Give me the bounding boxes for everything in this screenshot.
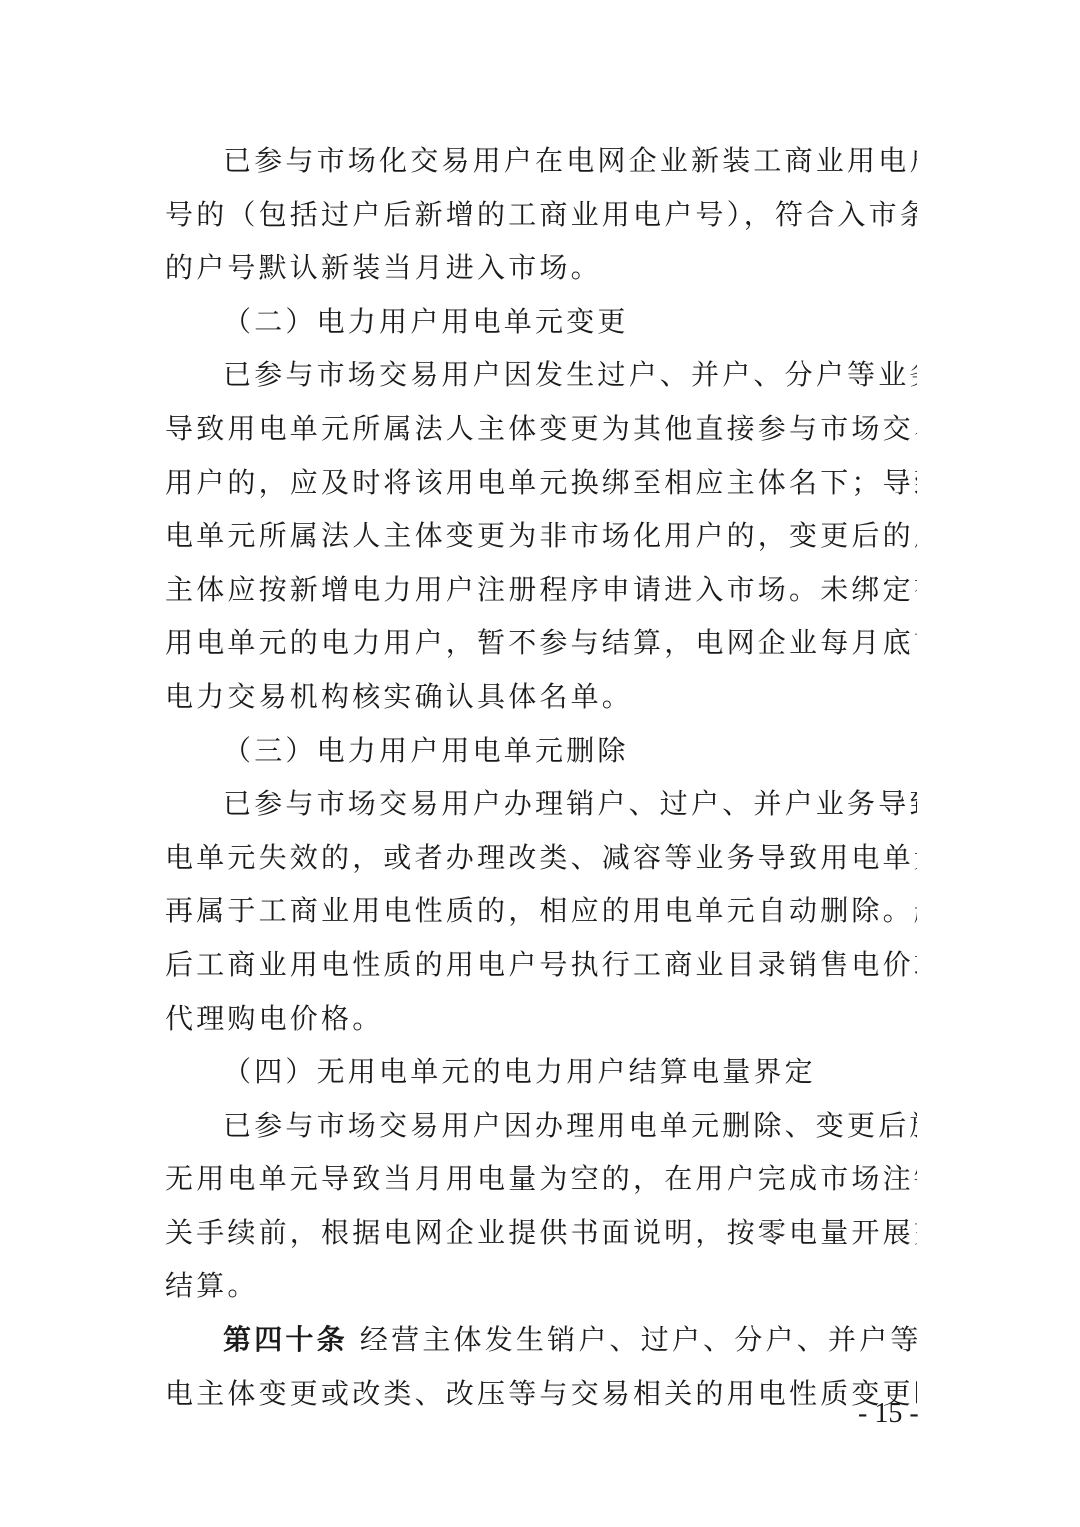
paragraph-line: 电单元失效的，或者办理改类、减容等业务导致用电单元不 [165,831,917,885]
paragraph-line: 用电单元的电力用户，暂不参与结算，电网企业每月底前与 [165,616,917,670]
paragraph-line: 结算。 [165,1259,917,1313]
article-text: 经营主体发生销户、过户、分户、并户等用 [348,1323,917,1356]
paragraph-line: 电力交易机构核实确认具体名单。 [165,670,917,724]
paragraph-line: 的户号默认新装当月进入市场。 [165,241,917,295]
page-number: - 15 - [858,1398,919,1430]
document-page: 已参与市场化交易用户在电网企业新装工商业用电户 号的（包括过户后新增的工商业用电… [0,0,1080,1527]
paragraph-line: 导致用电单元所属法人主体变更为其他直接参与市场交易 [165,402,917,456]
paragraph-line: 号的（包括过户后新增的工商业用电户号），符合入市条件 [165,188,917,242]
paragraph-line: 已参与市场交易用户因发生过户、并户、分户等业务， [165,348,917,402]
article-label: 第四十条 [223,1323,348,1356]
article-line: 第四十条 经营主体发生销户、过户、分户、并户等用 [165,1313,917,1367]
paragraph-line: 已参与市场交易用户办理销户、过户、并户业务导致用 [165,777,917,831]
section-heading-3: （三）电力用户用电单元删除 [165,724,917,778]
paragraph-line: 已参与市场化交易用户在电网企业新装工商业用电户 [165,134,917,188]
paragraph-line: 电单元所属法人主体变更为非市场化用户的，变更后的用电 [165,509,917,563]
document-body: 已参与市场化交易用户在电网企业新装工商业用电户 号的（包括过户后新增的工商业用电… [165,134,917,1420]
paragraph-line: 主体应按新增电力用户注册程序申请进入市场。未绑定有效 [165,563,917,617]
section-heading-2: （二）电力用户用电单元变更 [165,295,917,349]
paragraph-line: 电主体变更或改类、改压等与交易相关的用电性质变更时， [165,1367,917,1421]
paragraph-line: 后工商业用电性质的用电户号执行工商业目录销售电价或 [165,938,917,992]
paragraph-line: 用户的，应及时将该用电单元换绑至相应主体名下；导致用 [165,456,917,510]
paragraph-line: 再属于工商业用电性质的，相应的用电单元自动删除。删除 [165,884,917,938]
section-heading-4: （四）无用电单元的电力用户结算电量界定 [165,1045,917,1099]
paragraph-line: 无用电单元导致当月用电量为空的，在用户完成市场注销相 [165,1152,917,1206]
paragraph-line: 代理购电价格。 [165,992,917,1046]
paragraph-line: 关手续前，根据电网企业提供书面说明，按零电量开展交易 [165,1206,917,1260]
paragraph-line: 已参与市场交易用户因办理用电单元删除、变更后旗下 [165,1099,917,1153]
